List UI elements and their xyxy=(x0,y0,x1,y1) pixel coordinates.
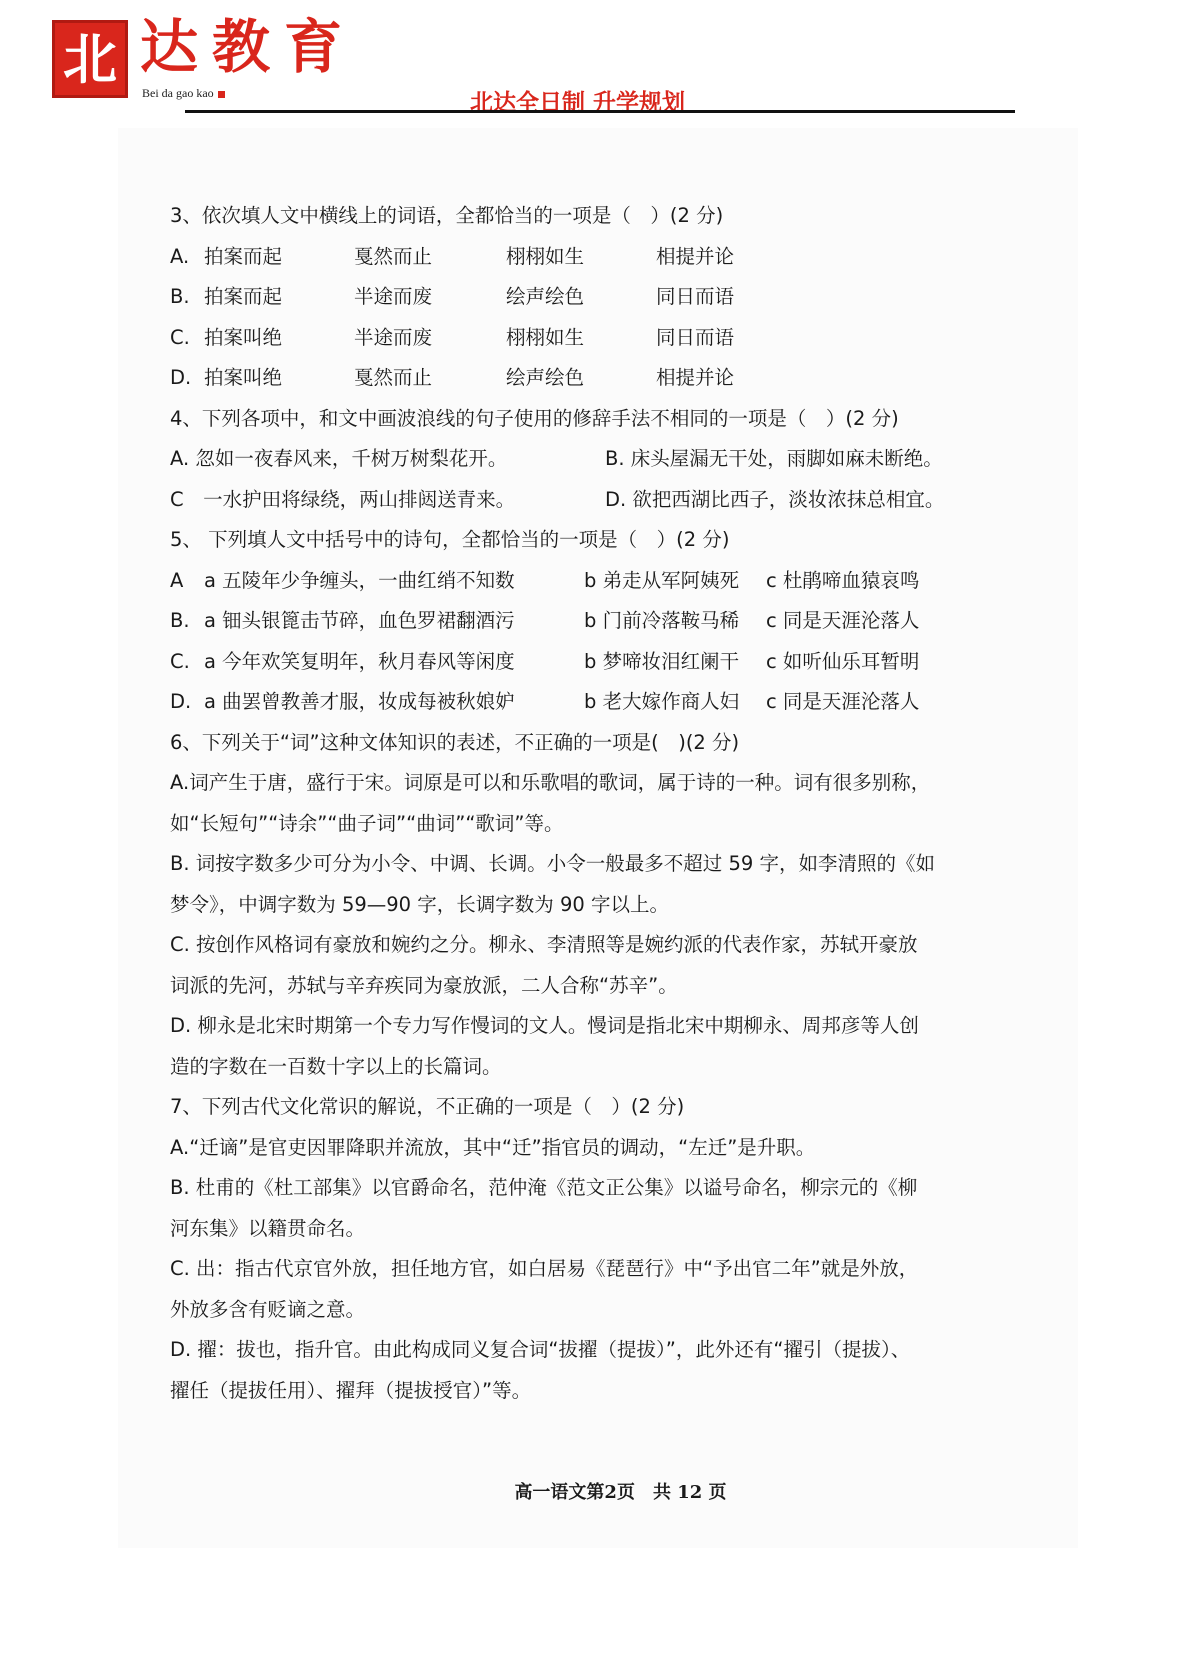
option-part-a: a 今年欢笑复明年，秋月春风等闲度 xyxy=(204,642,584,683)
question-3-option-a: A. 拍案而起 戛然而止 栩栩如生 相提并论 xyxy=(170,237,1030,278)
option-label: B. xyxy=(170,277,204,318)
option-part-c: c 同是天涯沦落人 xyxy=(766,601,919,642)
option-part-c: c 同是天涯沦落人 xyxy=(766,682,919,723)
option-cell: 同日而语 xyxy=(656,277,734,318)
question-3-option-d: D. 拍案叫绝 戛然而止 绘声绘色 相提并论 xyxy=(170,358,1030,399)
question-5-option-d: D. a 曲罢曾教善才服，妆成每被秋娘妒 b 老大嫁作商人妇 c 同是天涯沦落人 xyxy=(170,682,1030,723)
option-cell: 拍案叫绝 xyxy=(204,358,354,399)
question-3-stem: 3、依次填人文中横线上的词语，全都恰当的一项是（ ）(2 分) xyxy=(170,196,1030,237)
option-part-b: b 梦啼妆泪红阑干 xyxy=(584,642,766,683)
question-4-option-b: B. 床头屋漏无干处，雨脚如麻未断绝。 xyxy=(605,439,943,480)
question-7-line: A.“迁谪”是官吏因罪降职并流放，其中“迁”指官员的调动，“左迁”是升职。 xyxy=(170,1128,1030,1169)
question-6-line: D. 柳永是北宋时期第一个专力写作慢词的文人。慢词是指北宋中期柳永、周邦彦等人创 xyxy=(170,1006,1030,1047)
question-6-line: C. 按创作风格词有豪放和婉约之分。柳永、李清照等是婉约派的代表作家，苏轼开豪放 xyxy=(170,925,1030,966)
question-3-option-b: B. 拍案而起 半途而废 绘声绘色 同日而语 xyxy=(170,277,1030,318)
question-7-line: 擢任（提拔任用）、擢拜（提拔授官）”等。 xyxy=(170,1371,1030,1412)
option-label: A. xyxy=(170,237,204,278)
option-cell: 半途而废 xyxy=(354,277,506,318)
option-cell: 栩栩如生 xyxy=(506,237,656,278)
question-4-option-c: C 一水护田将绿绕，两山排闼送青来。 xyxy=(170,480,605,521)
option-cell: 同日而语 xyxy=(656,318,734,359)
question-4-option-a: A. 忽如一夜春风来，千树万树梨花开。 xyxy=(170,439,605,480)
option-label: D. xyxy=(170,682,204,723)
logo-subtitle-text: Bei da gao kao xyxy=(142,86,214,100)
option-label: B. xyxy=(170,601,204,642)
option-label: D. xyxy=(170,358,204,399)
page-footer: 高一语文第2页 共 12 页 xyxy=(0,1478,1181,1504)
option-cell: 拍案而起 xyxy=(204,237,354,278)
option-text: 欲把西湖比西子，淡妆浓抹总相宜。 xyxy=(632,488,944,511)
question-7-line: D. 擢：拔也，指升官。由此构成同义复合词“拔擢（提拔）”，此外还有“擢引（提拔… xyxy=(170,1330,1030,1371)
option-label: B. xyxy=(605,447,625,470)
question-5-option-b: B. a 钿头银篦击节碎，血色罗裙翻酒污 b 门前冷落鞍马稀 c 同是天涯沦落人 xyxy=(170,601,1030,642)
question-7-line: 河东集》以籍贯命名。 xyxy=(170,1209,1030,1250)
option-cell: 绘声绘色 xyxy=(506,358,656,399)
option-label: C. xyxy=(170,642,204,683)
option-text: 床头屋漏无干处，雨脚如麻未断绝。 xyxy=(631,447,943,470)
question-6-line: 梦令》，中调字数为 59—90 字，长调字数为 90 字以上。 xyxy=(170,885,1030,926)
question-3-option-c: C. 拍案叫绝 半途而废 栩栩如生 同日而语 xyxy=(170,318,1030,359)
option-part-b: b 弟走从军阿姨死 xyxy=(584,561,766,602)
option-cell: 相提并论 xyxy=(656,358,734,399)
option-label: D. xyxy=(605,488,626,511)
question-6-line: B. 词按字数多少可分为小令、中调、长调。小令一般最多不超过 59 字，如李清照… xyxy=(170,844,1030,885)
question-6-line: A.词产生于唐，盛行于宋。词原是可以和乐歌唱的歌词，属于诗的一种。词有很多别称， xyxy=(170,763,1030,804)
option-cell: 相提并论 xyxy=(656,237,734,278)
option-text: 忽如一夜春风来，千树万树梨花开。 xyxy=(195,447,507,470)
question-4-option-d: D. 欲把西湖比西子，淡妆浓抹总相宜。 xyxy=(605,480,944,521)
option-cell: 拍案而起 xyxy=(204,277,354,318)
question-7-line: B. 杜甫的《杜工部集》以官爵命名，范仲淹《范文正公集》以谥号命名，柳宗元的《柳 xyxy=(170,1168,1030,1209)
exam-content: 3、依次填人文中横线上的词语，全都恰当的一项是（ ）(2 分) A. 拍案而起 … xyxy=(170,196,1030,1411)
option-cell: 戛然而止 xyxy=(354,358,506,399)
option-cell: 绘声绘色 xyxy=(506,277,656,318)
option-label: C. xyxy=(170,318,204,359)
question-6-line: 造的字数在一百数十字以上的长篇词。 xyxy=(170,1047,1030,1088)
question-5-option-c: C. a 今年欢笑复明年，秋月春风等闲度 b 梦啼妆泪红阑干 c 如听仙乐耳暂明 xyxy=(170,642,1030,683)
question-6-line: 词派的先河，苏轼与辛弃疾同为豪放派，二人合称“苏辛”。 xyxy=(170,966,1030,1007)
question-7-line: 外放多含有贬谪之意。 xyxy=(170,1290,1030,1331)
option-label: C xyxy=(170,488,184,511)
question-4-options-cd: C 一水护田将绿绕，两山排闼送青来。 D. 欲把西湖比西子，淡妆浓抹总相宜。 xyxy=(170,480,1030,521)
question-6-line: 如“长短句”“诗余”“曲子词”“曲词”“歌词”等。 xyxy=(170,804,1030,845)
question-5-stem: 5、 下列填人文中括号中的诗句，全都恰当的一项是（ ）(2 分) xyxy=(170,520,1030,561)
logo-mark-char: 北 xyxy=(63,32,117,86)
option-label: A xyxy=(170,561,204,602)
option-part-a: a 曲罢曾教善才服，妆成每被秋娘妒 xyxy=(204,682,584,723)
question-6-stem: 6、下列关于“词”这种文体知识的表述，不正确的一项是( )(2 分) xyxy=(170,723,1030,764)
option-part-a: a 钿头银篦击节碎，血色罗裙翻酒污 xyxy=(204,601,584,642)
option-cell: 栩栩如生 xyxy=(506,318,656,359)
option-text: 一水护田将绿绕，两山排闼送青来。 xyxy=(203,488,515,511)
logo-subtitle: Bei da gao kao xyxy=(142,86,225,101)
option-part-c: c 杜鹃啼血猿哀鸣 xyxy=(766,561,919,602)
option-cell: 戛然而止 xyxy=(354,237,506,278)
option-cell: 拍案叫绝 xyxy=(204,318,354,359)
question-7-line: C. 出：指古代京官外放，担任地方官，如白居易《琵琶行》中“予出官二年”就是外放… xyxy=(170,1249,1030,1290)
question-7-stem: 7、下列古代文化常识的解说，不正确的一项是（ ）(2 分) xyxy=(170,1087,1030,1128)
question-4-options-ab: A. 忽如一夜春风来，千树万树梨花开。 B. 床头屋漏无干处，雨脚如麻未断绝。 xyxy=(170,439,1030,480)
option-part-b: b 门前冷落鞍马稀 xyxy=(584,601,766,642)
option-label: A. xyxy=(170,447,189,470)
logo-text: 达教育 xyxy=(140,18,356,76)
logo-mark: 北 xyxy=(52,20,128,98)
option-cell: 半途而废 xyxy=(354,318,506,359)
question-4-stem: 4、下列各项中，和文中画波浪线的句子使用的修辞手法不相同的一项是（ ）(2 分) xyxy=(170,399,1030,440)
header-divider xyxy=(185,110,1015,113)
square-icon xyxy=(218,91,225,98)
option-part-c: c 如听仙乐耳暂明 xyxy=(766,642,919,683)
option-part-b: b 老大嫁作商人妇 xyxy=(584,682,766,723)
question-5-option-a: A a 五陵年少争缠头，一曲红绡不知数 b 弟走从军阿姨死 c 杜鹃啼血猿哀鸣 xyxy=(170,561,1030,602)
option-part-a: a 五陵年少争缠头，一曲红绡不知数 xyxy=(204,561,584,602)
